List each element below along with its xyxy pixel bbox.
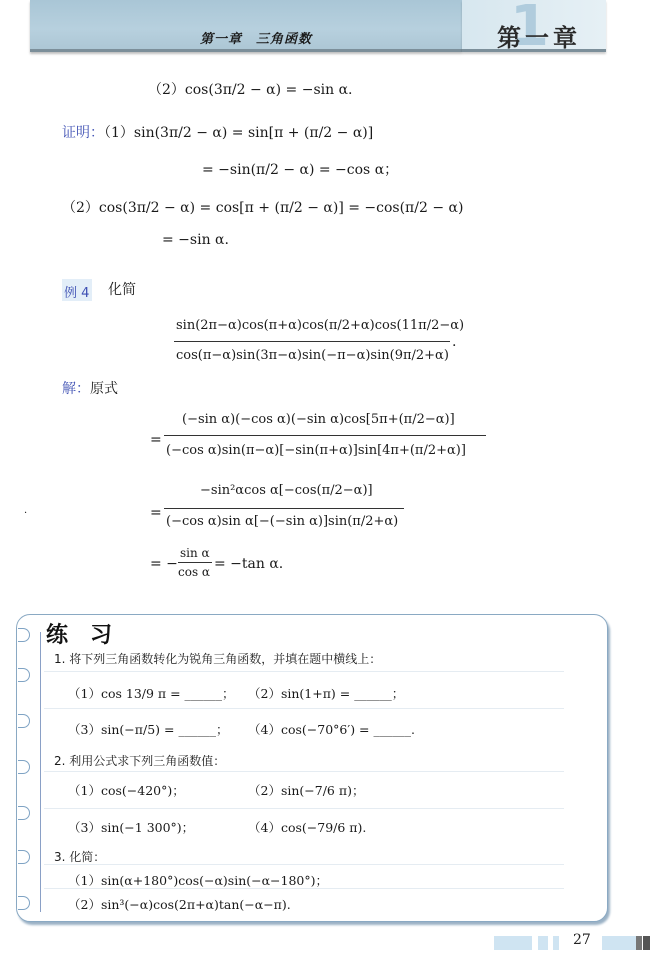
practice-title: 练习 [46, 618, 134, 649]
footer-decor-bar [602, 936, 636, 950]
proof-line-2: = −sin(π/2 − α) = −cos α； [202, 162, 398, 179]
example-numerator: sin(2π−α)cos(π+α)cos(π/2+α)cos(11π/2−α) [176, 318, 464, 334]
fraction-bar [164, 435, 486, 436]
q1-item-4: （4）cos(−70°6′) = ______. [248, 720, 415, 738]
q3-prompt: 3. 化简： [54, 848, 105, 865]
fraction-bar [174, 341, 450, 342]
example-period: . [452, 334, 456, 351]
stray-dot: · [24, 508, 27, 520]
solution-row: 解：原式 [62, 381, 118, 398]
q3-item-1: （1）sin(α+180°)cos(−α)sin(−α−180°)； [68, 871, 328, 889]
step2-denominator: (−cos α)sin α[−(−sin α)]sin(π/2+α) [166, 514, 398, 530]
fraction-bar [164, 508, 404, 509]
example-badge: 例 4 [62, 279, 92, 301]
running-header-title: 第一章 三角函数 [200, 28, 312, 47]
ruled-line [44, 888, 564, 889]
solution-intro: 原式 [90, 381, 118, 397]
footer-decor-bar [538, 936, 548, 950]
q1-prompt: 1. 将下列三角函数转化为锐角三角函数，并填在题中横线上： [54, 650, 381, 667]
q2-prompt: 2. 利用公式求下列三角函数值： [54, 752, 225, 769]
footer-decor-bar [643, 936, 650, 950]
page-number: 27 [573, 932, 591, 948]
equals-sign-2: = [150, 505, 162, 522]
q2-item-1: （1）cos(−420°)； [68, 781, 185, 799]
proof-line-4: = −sin α. [162, 232, 229, 249]
proof-line-3: （2）cos(3π/2 − α) = cos[π + (π/2 − α)] = … [62, 200, 463, 217]
ruled-line [44, 864, 564, 865]
q2-item-4: （4）cos(−79/6 π). [248, 818, 366, 836]
claim-2: （2）cos(3π/2 − α) = −sin α. [148, 82, 353, 99]
ruled-line [44, 808, 564, 809]
footer-decor-bar [553, 936, 559, 950]
step3-prefix: = − [150, 556, 178, 573]
q1-item-1: （1）cos 13/9 π = ______； [68, 684, 235, 702]
q1-item-3: （3）sin(−π/5) = ______； [68, 720, 228, 738]
step3-numerator: sin α [180, 546, 210, 560]
q1-item-2: （2）sin(1+π) = ______； [248, 684, 404, 702]
q2-item-3: （3）sin(−1 300°)； [68, 818, 194, 836]
proof-label: 证明： [62, 125, 104, 141]
proof-line-1: （1）sin(3π/2 − α) = sin[π + (π/2 − α)] [104, 125, 373, 141]
example-denominator: cos(π−α)sin(3π−α)sin(−π−α)sin(9π/2+α) [176, 348, 449, 364]
ruled-line [44, 708, 564, 709]
solution-label: 解： [62, 381, 90, 397]
chapter-label: 第一章 [497, 18, 581, 53]
fraction-bar [178, 562, 212, 563]
ruled-line [44, 771, 564, 772]
step3-suffix: = −tan α. [214, 556, 283, 573]
footer-decor-bar [636, 936, 642, 950]
example-title: 化简 [108, 282, 136, 299]
q2-item-2: （2）sin(−7/6 π)； [248, 781, 364, 799]
step1-numerator: (−sin α)(−cos α)(−sin α)cos[5π+(π/2−α)] [182, 412, 455, 428]
footer-decor-bar [494, 936, 532, 950]
step2-numerator: −sin²αcos α[−cos(π/2−α)] [200, 483, 373, 499]
ruled-line [44, 671, 564, 672]
q3-item-2: （2）sin³(−α)cos(2π+α)tan(−α−π). [68, 895, 291, 913]
step3-denominator: cos α [178, 565, 210, 579]
equals-sign-1: = [150, 432, 162, 449]
proof-row-1: 证明：（1）sin(3π/2 − α) = sin[π + (π/2 − α)] [62, 125, 373, 142]
step1-denominator: (−cos α)sin(π−α)[−sin(π+α)]sin[4π+(π/2+α… [166, 443, 466, 459]
margin-line [40, 632, 41, 912]
